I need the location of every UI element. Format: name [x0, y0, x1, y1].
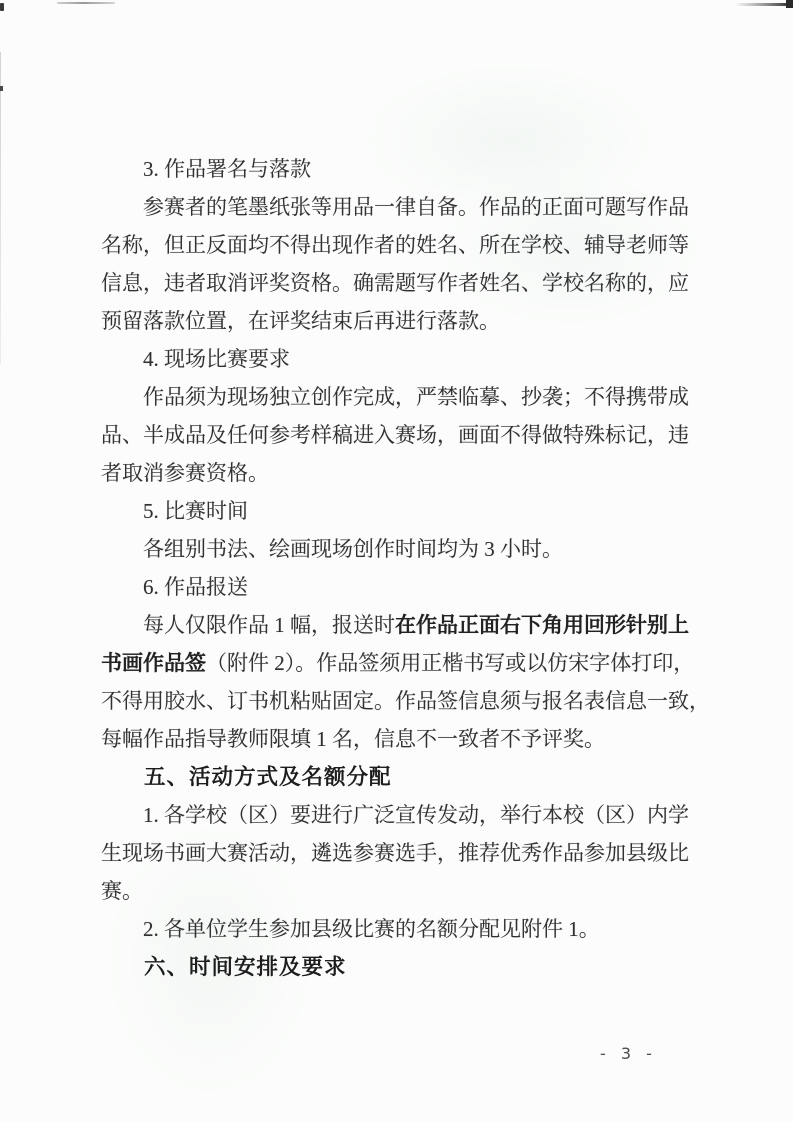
paragraph-line: 各组别书法、绘画现场创作时间均为 3 小时。 [101, 530, 709, 568]
bold-emphasis-text: 在作品正面右下角用回形针别上 [395, 613, 689, 637]
paragraph-line: 品、半成品及任何参考样稿进入赛场，画面不得做特殊标记，违 [101, 416, 709, 454]
section-heading-6: 六、时间安排及要求 [101, 948, 709, 986]
section-heading-5: 五、活动方式及名额分配 [101, 758, 709, 796]
document-body: 3. 作品署名与落款 参赛者的笔墨纸张等用品一律自备。作品的正面可题写作品 名称… [101, 150, 709, 986]
item-heading-4: 4. 现场比赛要求 [101, 340, 709, 378]
scanned-document-page: 3. 作品署名与落款 参赛者的笔墨纸张等用品一律自备。作品的正面可题写作品 名称… [0, 0, 793, 1122]
paragraph-line: 赛。 [101, 872, 709, 910]
paragraph-line: 名称，但正反面均不得出现作者的姓名、所在学校、辅导老师等 [101, 226, 709, 264]
scan-artifact-top-left-speck [0, 3, 4, 11]
scan-artifact-top-right-blob [786, 0, 793, 8]
paragraph-line: 1. 各学校（区）要进行广泛宣传发动，举行本校（区）内学 [101, 796, 709, 834]
item-heading-3: 3. 作品署名与落款 [101, 150, 709, 188]
bold-emphasis-text: 书画作品签 [101, 651, 206, 675]
scan-artifact-top-dash [57, 2, 115, 4]
item-heading-5: 5. 比赛时间 [101, 492, 709, 530]
scan-artifact-top-right-line [735, 3, 787, 6]
scan-artifact-left-hairline [0, 52, 1, 364]
paragraph-text: （附件 2）。作品签须用正楷书写或以仿宋字体打印， [206, 651, 694, 675]
paragraph-line: 信息，违者取消评奖资格。确需题写作者姓名、学校名称的，应 [101, 264, 709, 302]
item-heading-6: 6. 作品报送 [101, 568, 709, 606]
paragraph-line: 书画作品签（附件 2）。作品签须用正楷书写或以仿宋字体打印， [101, 644, 709, 682]
paragraph-line: 参赛者的笔墨纸张等用品一律自备。作品的正面可题写作品 [101, 188, 709, 226]
paragraph-line: 每幅作品指导教师限填 1 名，信息不一致者不予评奖。 [101, 720, 709, 758]
paragraph-line: 者取消参赛资格。 [101, 454, 709, 492]
paragraph-line: 作品须为现场独立创作完成，严禁临摹、抄袭；不得携带成 [101, 378, 709, 416]
paragraph-line: 2. 各单位学生参加县级比赛的名额分配见附件 1。 [101, 910, 709, 948]
paragraph-line: 预留落款位置，在评奖结束后再进行落款。 [101, 302, 709, 340]
paragraph-line: 生现场书画大赛活动，遴选参赛选手，推荐优秀作品参加县级比 [101, 834, 709, 872]
scan-artifact-left-speck [0, 86, 3, 91]
paragraph-line: 每人仅限作品 1 幅，报送时在作品正面右下角用回形针别上 [101, 606, 709, 644]
paragraph-line: 不得用胶水、订书机粘贴固定。作品签信息须与报名表信息一致， [101, 682, 709, 720]
paragraph-text: 每人仅限作品 1 幅，报送时 [143, 613, 395, 637]
page-number: - 3 - [600, 1044, 657, 1063]
